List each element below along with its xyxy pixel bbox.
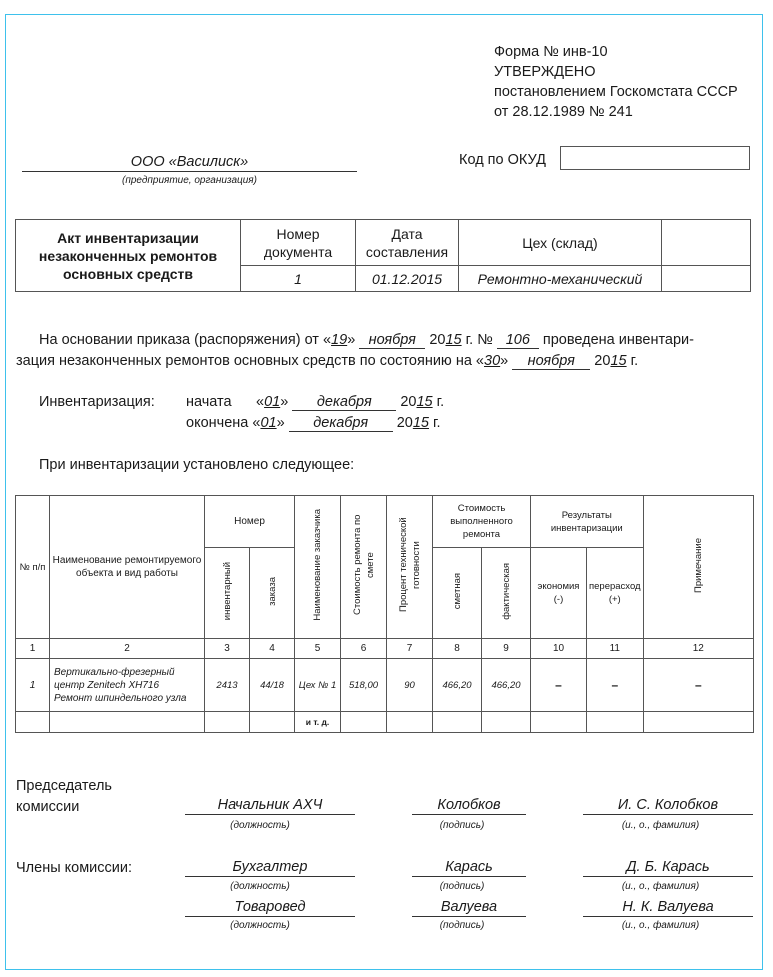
col-inventory-header: инвентарный bbox=[221, 562, 234, 620]
signature-caption: (подпись) bbox=[412, 820, 512, 831]
order-number[interactable]: 106 bbox=[497, 333, 539, 349]
signature-caption: (подпись) bbox=[412, 881, 512, 892]
col-done-cost-header: Стоимость выполненного ремонта bbox=[433, 496, 531, 548]
name-caption: (и., о., фамилия) bbox=[583, 920, 738, 931]
chairman-name[interactable]: И. С. Колобков bbox=[583, 797, 753, 815]
form-number: Форма № инв-10 bbox=[494, 42, 738, 62]
doc-number-header: Номер документа bbox=[241, 220, 356, 266]
organization-name[interactable]: ООО «Василиск» bbox=[22, 154, 357, 172]
inventory-finished: окончена «01» декабря 2015 г. bbox=[186, 413, 441, 434]
col-number-group-header: Номер bbox=[205, 496, 295, 548]
table-row-etc: и т. д. bbox=[16, 712, 754, 733]
started-year[interactable]: 15 bbox=[416, 394, 432, 410]
okud-label: Код по ОКУД bbox=[459, 152, 546, 168]
name-caption: (и., о., фамилия) bbox=[583, 881, 738, 892]
started-day[interactable]: 01 bbox=[264, 394, 280, 410]
approved-label: УТВЕРЖДЕНО bbox=[494, 62, 738, 82]
col-order-header: заказа bbox=[266, 577, 279, 606]
order-year[interactable]: 15 bbox=[445, 332, 461, 348]
name-caption: (и., о., фамилия) bbox=[583, 820, 738, 831]
finished-day[interactable]: 01 bbox=[260, 415, 276, 431]
workshop-value[interactable]: Ремонтно-механический bbox=[459, 266, 662, 292]
col-estimated-header: сметная bbox=[451, 573, 464, 609]
column-numbers-row: 1 2 3 4 5 6 7 8 9 10 11 12 bbox=[16, 639, 754, 659]
chairman-label: Председатель комиссии bbox=[16, 776, 112, 818]
basis-paragraph: На основании приказа (распоряжения) от «… bbox=[16, 330, 761, 372]
extra-value[interactable] bbox=[662, 266, 751, 292]
finished-month[interactable]: декабря bbox=[289, 416, 393, 432]
workshop-header: Цех (склад) bbox=[459, 220, 662, 266]
col-name-header: Наименование ремонтируемого объекта и ви… bbox=[50, 496, 205, 639]
chairman-position[interactable]: Начальник АХЧ bbox=[185, 797, 355, 815]
act-title: Акт инвентаризации незаконченных ремонто… bbox=[16, 220, 241, 292]
member-1-position[interactable]: Бухгалтер bbox=[185, 859, 355, 877]
col-results-header: Результаты инвентаризации bbox=[531, 496, 644, 548]
okud-field[interactable] bbox=[560, 146, 750, 170]
col-actual-header: фактическая bbox=[500, 563, 513, 620]
col-readiness-header: Процент технической готовности bbox=[397, 510, 423, 620]
position-caption: (должность) bbox=[185, 881, 335, 892]
finished-year[interactable]: 15 bbox=[413, 415, 429, 431]
col-estimate-header: Стоимость ремонта по смете bbox=[351, 510, 377, 620]
order-month[interactable]: ноября bbox=[359, 333, 425, 349]
organization-caption: (предприятие, организация) bbox=[22, 175, 357, 186]
col-savings-header: экономия (-) bbox=[531, 548, 587, 639]
doc-date-value[interactable]: 01.12.2015 bbox=[356, 266, 459, 292]
approved-by: постановлением Госкомстата СССР bbox=[494, 82, 738, 102]
started-month[interactable]: декабря bbox=[292, 395, 396, 411]
form-header: Форма № инв-10 УТВЕРЖДЕНО постановлением… bbox=[494, 42, 738, 122]
member-1-name[interactable]: Д. Б. Карась bbox=[583, 859, 753, 877]
extra-header bbox=[662, 220, 751, 266]
state-day[interactable]: 30 bbox=[484, 353, 500, 369]
table-row: 1 Вертикально-фрезерный центр Zenitech X… bbox=[16, 659, 754, 712]
inventory-label: Инвентаризация: bbox=[39, 392, 155, 413]
document-info-table: Акт инвентаризации незаконченных ремонто… bbox=[15, 219, 751, 292]
state-year[interactable]: 15 bbox=[610, 353, 626, 369]
member-2-signature[interactable]: Валуева bbox=[412, 899, 526, 917]
doc-date-header: Дата составления bbox=[356, 220, 459, 266]
member-1-signature[interactable]: Карась bbox=[412, 859, 526, 877]
member-2-name[interactable]: Н. К. Валуева bbox=[583, 899, 753, 917]
established-text: При инвентаризации установлено следующее… bbox=[39, 455, 354, 476]
object-name[interactable]: Вертикально-фрезерный центр Zenitech XH7… bbox=[50, 659, 205, 712]
chairman-signature[interactable]: Колобков bbox=[412, 797, 526, 815]
col-customer-header: Наименование заказчика bbox=[311, 509, 324, 621]
inventory-started: начата«01» декабря 2015 г. bbox=[186, 392, 444, 413]
etc-label: и т. д. bbox=[295, 712, 341, 733]
col-num-header: № п/п bbox=[16, 496, 50, 639]
state-month[interactable]: ноября bbox=[512, 354, 590, 370]
members-label: Члены комиссии: bbox=[16, 858, 132, 879]
signature-caption: (подпись) bbox=[412, 920, 512, 931]
approved-date: от 28.12.1989 № 241 bbox=[494, 102, 738, 122]
position-caption: (должность) bbox=[185, 820, 335, 831]
col-overspend-header: перерасход (+) bbox=[587, 548, 644, 639]
inventory-table: № п/п Наименование ремонтируемого объект… bbox=[15, 495, 754, 733]
position-caption: (должность) bbox=[185, 920, 335, 931]
member-2-position[interactable]: Товаровед bbox=[185, 899, 355, 917]
col-note-header: Примечание bbox=[692, 538, 705, 593]
order-day[interactable]: 19 bbox=[331, 332, 347, 348]
doc-number-value[interactable]: 1 bbox=[241, 266, 356, 292]
